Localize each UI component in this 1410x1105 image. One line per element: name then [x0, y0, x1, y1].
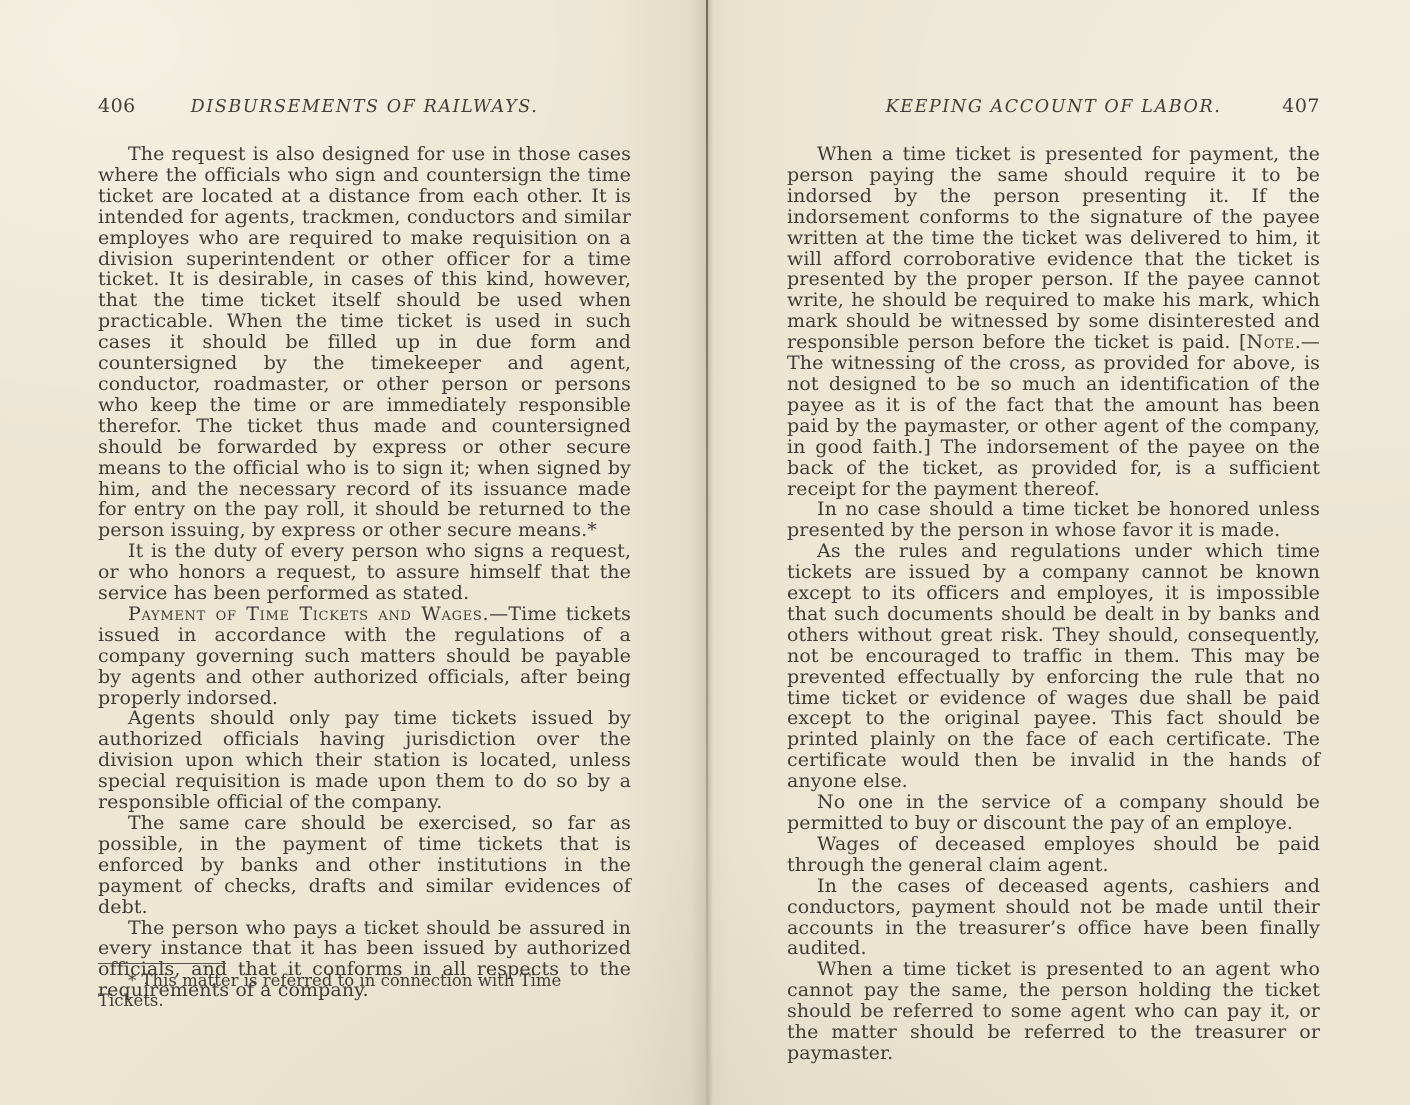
paragraph-text: In the cases of deceased agents, cashier… — [787, 875, 1320, 960]
left-page-number: 406 — [98, 95, 158, 117]
right-page-textblock: KEEPING ACCOUNT OF LABOR. 407 When a tim… — [787, 95, 1320, 1064]
paragraph-text: No one in the service of a company shoul… — [787, 791, 1320, 834]
left-page: 406 DISBURSEMENTS OF RAILWAYS. The reque… — [0, 0, 705, 1105]
right-running-title: KEEPING ACCOUNT OF LABOR. — [847, 97, 1260, 117]
paragraph-text: The request is also designed for use in … — [98, 143, 631, 541]
footnote-area: * This matter is referred to in connecti… — [98, 963, 631, 1011]
note-smallcaps-label: Note — [1247, 331, 1295, 353]
paragraph-text: Agents should only pay time tickets issu… — [98, 707, 631, 813]
paragraph-text: Wages of deceased employes should be pai… — [787, 833, 1320, 876]
paragraph: In no case should a time ticket be honor… — [787, 499, 1320, 541]
paragraph-text: It is the duty of every person who signs… — [98, 540, 631, 604]
paragraph: The same care should be exercised, so fa… — [98, 813, 631, 918]
paragraph-text: .—The witnessing of the cross, as provid… — [787, 331, 1320, 499]
footnote-rule — [98, 963, 226, 964]
paragraph: In the cases of deceased agents, cashier… — [787, 876, 1320, 960]
left-body-copy: The request is also designed for use in … — [98, 144, 631, 1001]
paragraph: No one in the service of a company shoul… — [787, 792, 1320, 834]
paragraph: Payment of Time Tickets and Wages.—Time … — [98, 604, 631, 709]
left-running-header: 406 DISBURSEMENTS OF RAILWAYS. — [98, 95, 631, 117]
paragraph-text: When a time ticket is presented to an ag… — [787, 958, 1320, 1064]
right-body-copy: When a time ticket is presented for paym… — [787, 144, 1320, 1064]
right-page: KEEPING ACCOUNT OF LABOR. 407 When a tim… — [705, 0, 1410, 1105]
left-page-textblock: 406 DISBURSEMENTS OF RAILWAYS. The reque… — [98, 95, 631, 1001]
footnote-text: * This matter is referred to in connecti… — [98, 971, 631, 1011]
paragraph-text: When a time ticket is presented for paym… — [787, 143, 1320, 353]
paragraph-text: The same care should be exercised, so fa… — [98, 812, 631, 918]
paragraph: When a time ticket is presented for paym… — [787, 144, 1320, 499]
right-running-header: KEEPING ACCOUNT OF LABOR. 407 — [787, 95, 1320, 117]
book-spread-photo: { "colors": { "paper": "#ece6d3", "ink":… — [0, 0, 1410, 1105]
paragraph: As the rules and regulations under which… — [787, 541, 1320, 792]
paragraph-text: As the rules and regulations under which… — [787, 540, 1320, 792]
paragraph: It is the duty of every person who signs… — [98, 541, 631, 604]
book-spread: 406 DISBURSEMENTS OF RAILWAYS. The reque… — [0, 0, 1410, 1105]
paragraph: Wages of deceased employes should be pai… — [787, 834, 1320, 876]
paragraph: The request is also designed for use in … — [98, 144, 631, 541]
paragraph: Agents should only pay time tickets issu… — [98, 708, 631, 813]
right-page-number: 407 — [1260, 95, 1320, 117]
paragraph: When a time ticket is presented to an ag… — [787, 959, 1320, 1064]
left-running-title: DISBURSEMENTS OF RAILWAYS. — [158, 97, 571, 117]
paragraph-text: In no case should a time ticket be honor… — [787, 498, 1320, 541]
paragraph-smallcaps-lead: Payment of Time Tickets and Wages. — [128, 603, 489, 625]
